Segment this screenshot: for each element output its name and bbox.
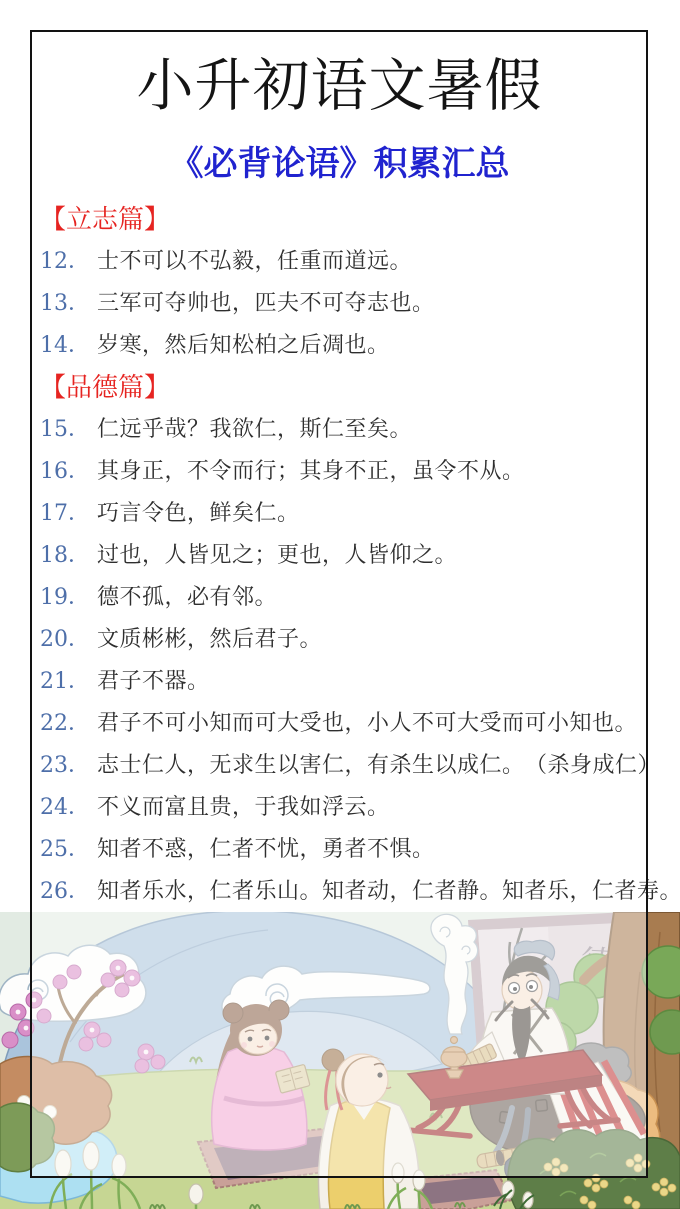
item-number: 13． bbox=[40, 286, 90, 317]
analects-item-13: 13．三军可夺帅也，匹夫不可夺志也。 bbox=[40, 280, 644, 322]
analects-item-14: 14．岁寒，然后知松柏之后凋也。 bbox=[40, 322, 644, 364]
page-title: 小升初语文暑假 bbox=[31, 50, 648, 122]
analects-item-12: 12．士不可以不弘毅，任重而道远。 bbox=[40, 238, 644, 280]
item-number: 14． bbox=[40, 328, 90, 359]
item-number: 12． bbox=[40, 244, 90, 275]
item-number: 24． bbox=[40, 790, 90, 821]
section-header-pinde: 【品德篇】 bbox=[40, 364, 644, 406]
item-text: 三军可夺帅也，匹夫不可夺志也。 bbox=[97, 286, 435, 317]
section-header-lizhi: 【立志篇】 bbox=[40, 196, 644, 238]
quote-list: 【立志篇】 12．士不可以不弘毅，任重而道远。 13．三军可夺帅也，匹夫不可夺志… bbox=[40, 196, 644, 910]
analects-item-24: 24．不义而富且贵，于我如浮云。 bbox=[40, 784, 644, 826]
item-text: 其身正，不令而行；其身不正，虽令不从。 bbox=[97, 454, 525, 485]
analects-item-25: 25．知者不惑，仁者不忧，勇者不惧。 bbox=[40, 826, 644, 868]
page-root: { "page": { "title": "小升初语文暑假", "subtitl… bbox=[0, 0, 680, 1209]
item-number: 23． bbox=[40, 748, 90, 779]
fade-overlay bbox=[32, 912, 648, 1177]
analects-item-15: 15．仁远乎哉？我欲仁，斯仁至矣。 bbox=[40, 406, 644, 448]
item-text: 不义而富且贵，于我如浮云。 bbox=[97, 790, 390, 821]
item-text: 知者乐水，仁者乐山。知者动，仁者静。知者乐，仁者寿。 bbox=[97, 874, 680, 905]
analects-item-20: 20．文质彬彬，然后君子。 bbox=[40, 616, 644, 658]
page-subtitle: 《必背论语》积累汇总 bbox=[31, 141, 648, 187]
item-text: 巧言令色，鲜矣仁。 bbox=[97, 496, 300, 527]
item-text: 志士仁人，无求生以害仁，有杀生以成仁。 （杀身成仁） bbox=[97, 748, 660, 779]
item-number: 21． bbox=[40, 664, 90, 695]
analects-item-17: 17．巧言令色，鲜矣仁。 bbox=[40, 490, 644, 532]
analects-item-18: 18．过也，人皆见之；更也，人皆仰之。 bbox=[40, 532, 644, 574]
analects-item-19: 19．德不孤，必有邻。 bbox=[40, 574, 644, 616]
item-number: 18． bbox=[40, 538, 90, 569]
item-number: 22． bbox=[40, 706, 90, 737]
item-number: 25． bbox=[40, 832, 90, 863]
item-text: 岁寒，然后知松柏之后凋也。 bbox=[97, 328, 390, 359]
item-number: 16． bbox=[40, 454, 90, 485]
item-text: 知者不惑，仁者不忧，勇者不惧。 bbox=[97, 832, 435, 863]
item-number: 17． bbox=[40, 496, 90, 527]
analects-item-16: 16．其身正，不令而行；其身不正，虽令不从。 bbox=[40, 448, 644, 490]
item-text: 士不可以不弘毅，任重而道远。 bbox=[97, 244, 412, 275]
item-number: 15． bbox=[40, 412, 90, 443]
item-text: 过也，人皆见之；更也，人皆仰之。 bbox=[97, 538, 457, 569]
item-text: 君子不器。 bbox=[97, 664, 210, 695]
item-text: 仁远乎哉？我欲仁，斯仁至矣。 bbox=[97, 412, 412, 443]
analects-item-26: 26．知者乐水，仁者乐山。知者动，仁者静。知者乐，仁者寿。 bbox=[40, 868, 644, 910]
item-text: 德不孤，必有邻。 bbox=[97, 580, 277, 611]
item-text: 君子不可小知而可大受也，小人不可大受而可小知也。 bbox=[97, 706, 637, 737]
item-number: 26． bbox=[40, 874, 90, 905]
analects-item-21: 21．君子不器。 bbox=[40, 658, 644, 700]
analects-item-22: 22．君子不可小知而可大受也，小人不可大受而可小知也。 bbox=[40, 700, 644, 742]
item-number: 20． bbox=[40, 622, 90, 653]
item-number: 19． bbox=[40, 580, 90, 611]
illustration: 德 bbox=[0, 912, 680, 1209]
item-text: 文质彬彬，然后君子。 bbox=[97, 622, 322, 653]
analects-item-23: 23．志士仁人，无求生以害仁，有杀生以成仁。 （杀身成仁） bbox=[40, 742, 644, 784]
